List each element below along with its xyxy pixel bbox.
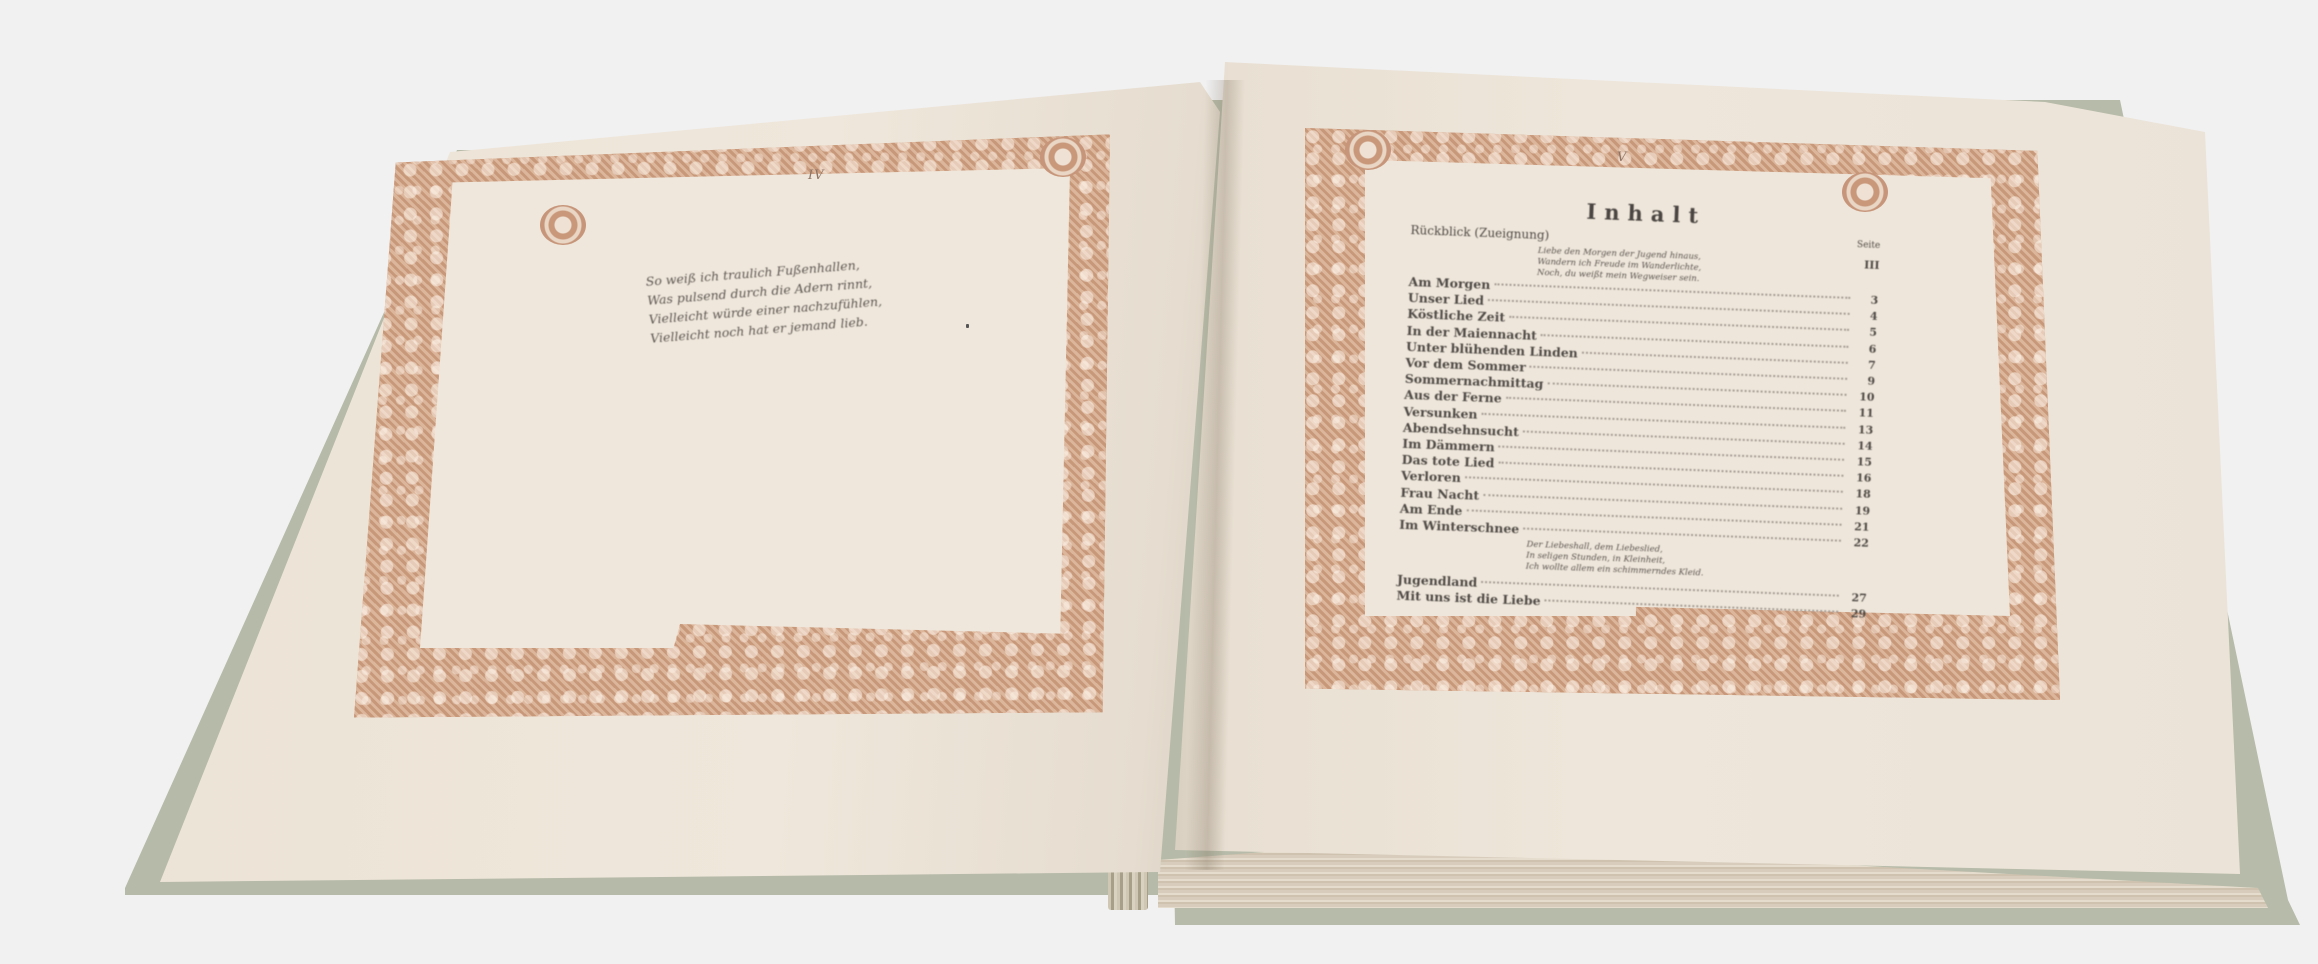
entry-page: 4 <box>1853 308 1878 324</box>
entry-page: 13 <box>1849 422 1874 438</box>
entry-title: Am Ende <box>1400 501 1463 519</box>
entry-page: 10 <box>1850 389 1875 405</box>
entry-title: Unser Lied <box>1408 290 1485 308</box>
entry-page: 19 <box>1846 503 1871 519</box>
entry-page: 9 <box>1851 373 1876 389</box>
rose-ornament-icon <box>1842 172 1888 212</box>
epigraph: Liebe den Morgen der Jugend hinaus, Wand… <box>1537 246 1702 285</box>
entry-page: 7 <box>1851 357 1876 373</box>
left-frame-text-area <box>420 168 1070 648</box>
entry-title: Versunken <box>1403 403 1478 421</box>
book-photo-scene: IV So weiß ich traulich Fußenhallen, Was… <box>0 0 2318 964</box>
entry-page: 21 <box>1845 519 1870 535</box>
page-marker-right: V <box>1617 150 1627 165</box>
ink-speck <box>966 324 969 328</box>
entry-page: 6 <box>1852 341 1877 357</box>
entry-page: 27 <box>1842 590 1867 606</box>
entry-page: 14 <box>1848 438 1873 454</box>
entry-page: 11 <box>1850 405 1875 421</box>
section-page-number: III <box>1863 258 1880 292</box>
entry-page: 15 <box>1848 454 1873 470</box>
rose-ornament-icon <box>1345 130 1391 170</box>
entry-title: Am Morgen <box>1408 274 1490 292</box>
entry-page: 16 <box>1847 470 1872 486</box>
seite-label: Seite <box>1857 240 1881 255</box>
entry-title: Verloren <box>1401 468 1461 485</box>
page-marker-left: IV <box>808 168 825 183</box>
entry-page: 3 <box>1854 292 1879 308</box>
table-of-contents: Inhalt Rückblick (Zueignung) Seite Liebe… <box>1396 192 1881 622</box>
entry-page: 29 <box>1842 606 1867 622</box>
toc-entry-list: Am Morgen3 Unser Lied4 Köstliche Zeit5 I… <box>1399 274 1879 551</box>
leader-dots <box>1582 351 1848 363</box>
rose-ornament-icon <box>1040 137 1086 177</box>
entry-title: Jugendland <box>1397 572 1478 590</box>
entry-page: 5 <box>1853 324 1878 340</box>
entry-title: Frau Nacht <box>1400 484 1479 502</box>
entry-page: 18 <box>1846 486 1871 502</box>
entry-title: Im Winterschnee <box>1399 517 1520 537</box>
rose-ornament-icon <box>540 205 586 245</box>
entry-page: 22 <box>1845 535 1870 551</box>
